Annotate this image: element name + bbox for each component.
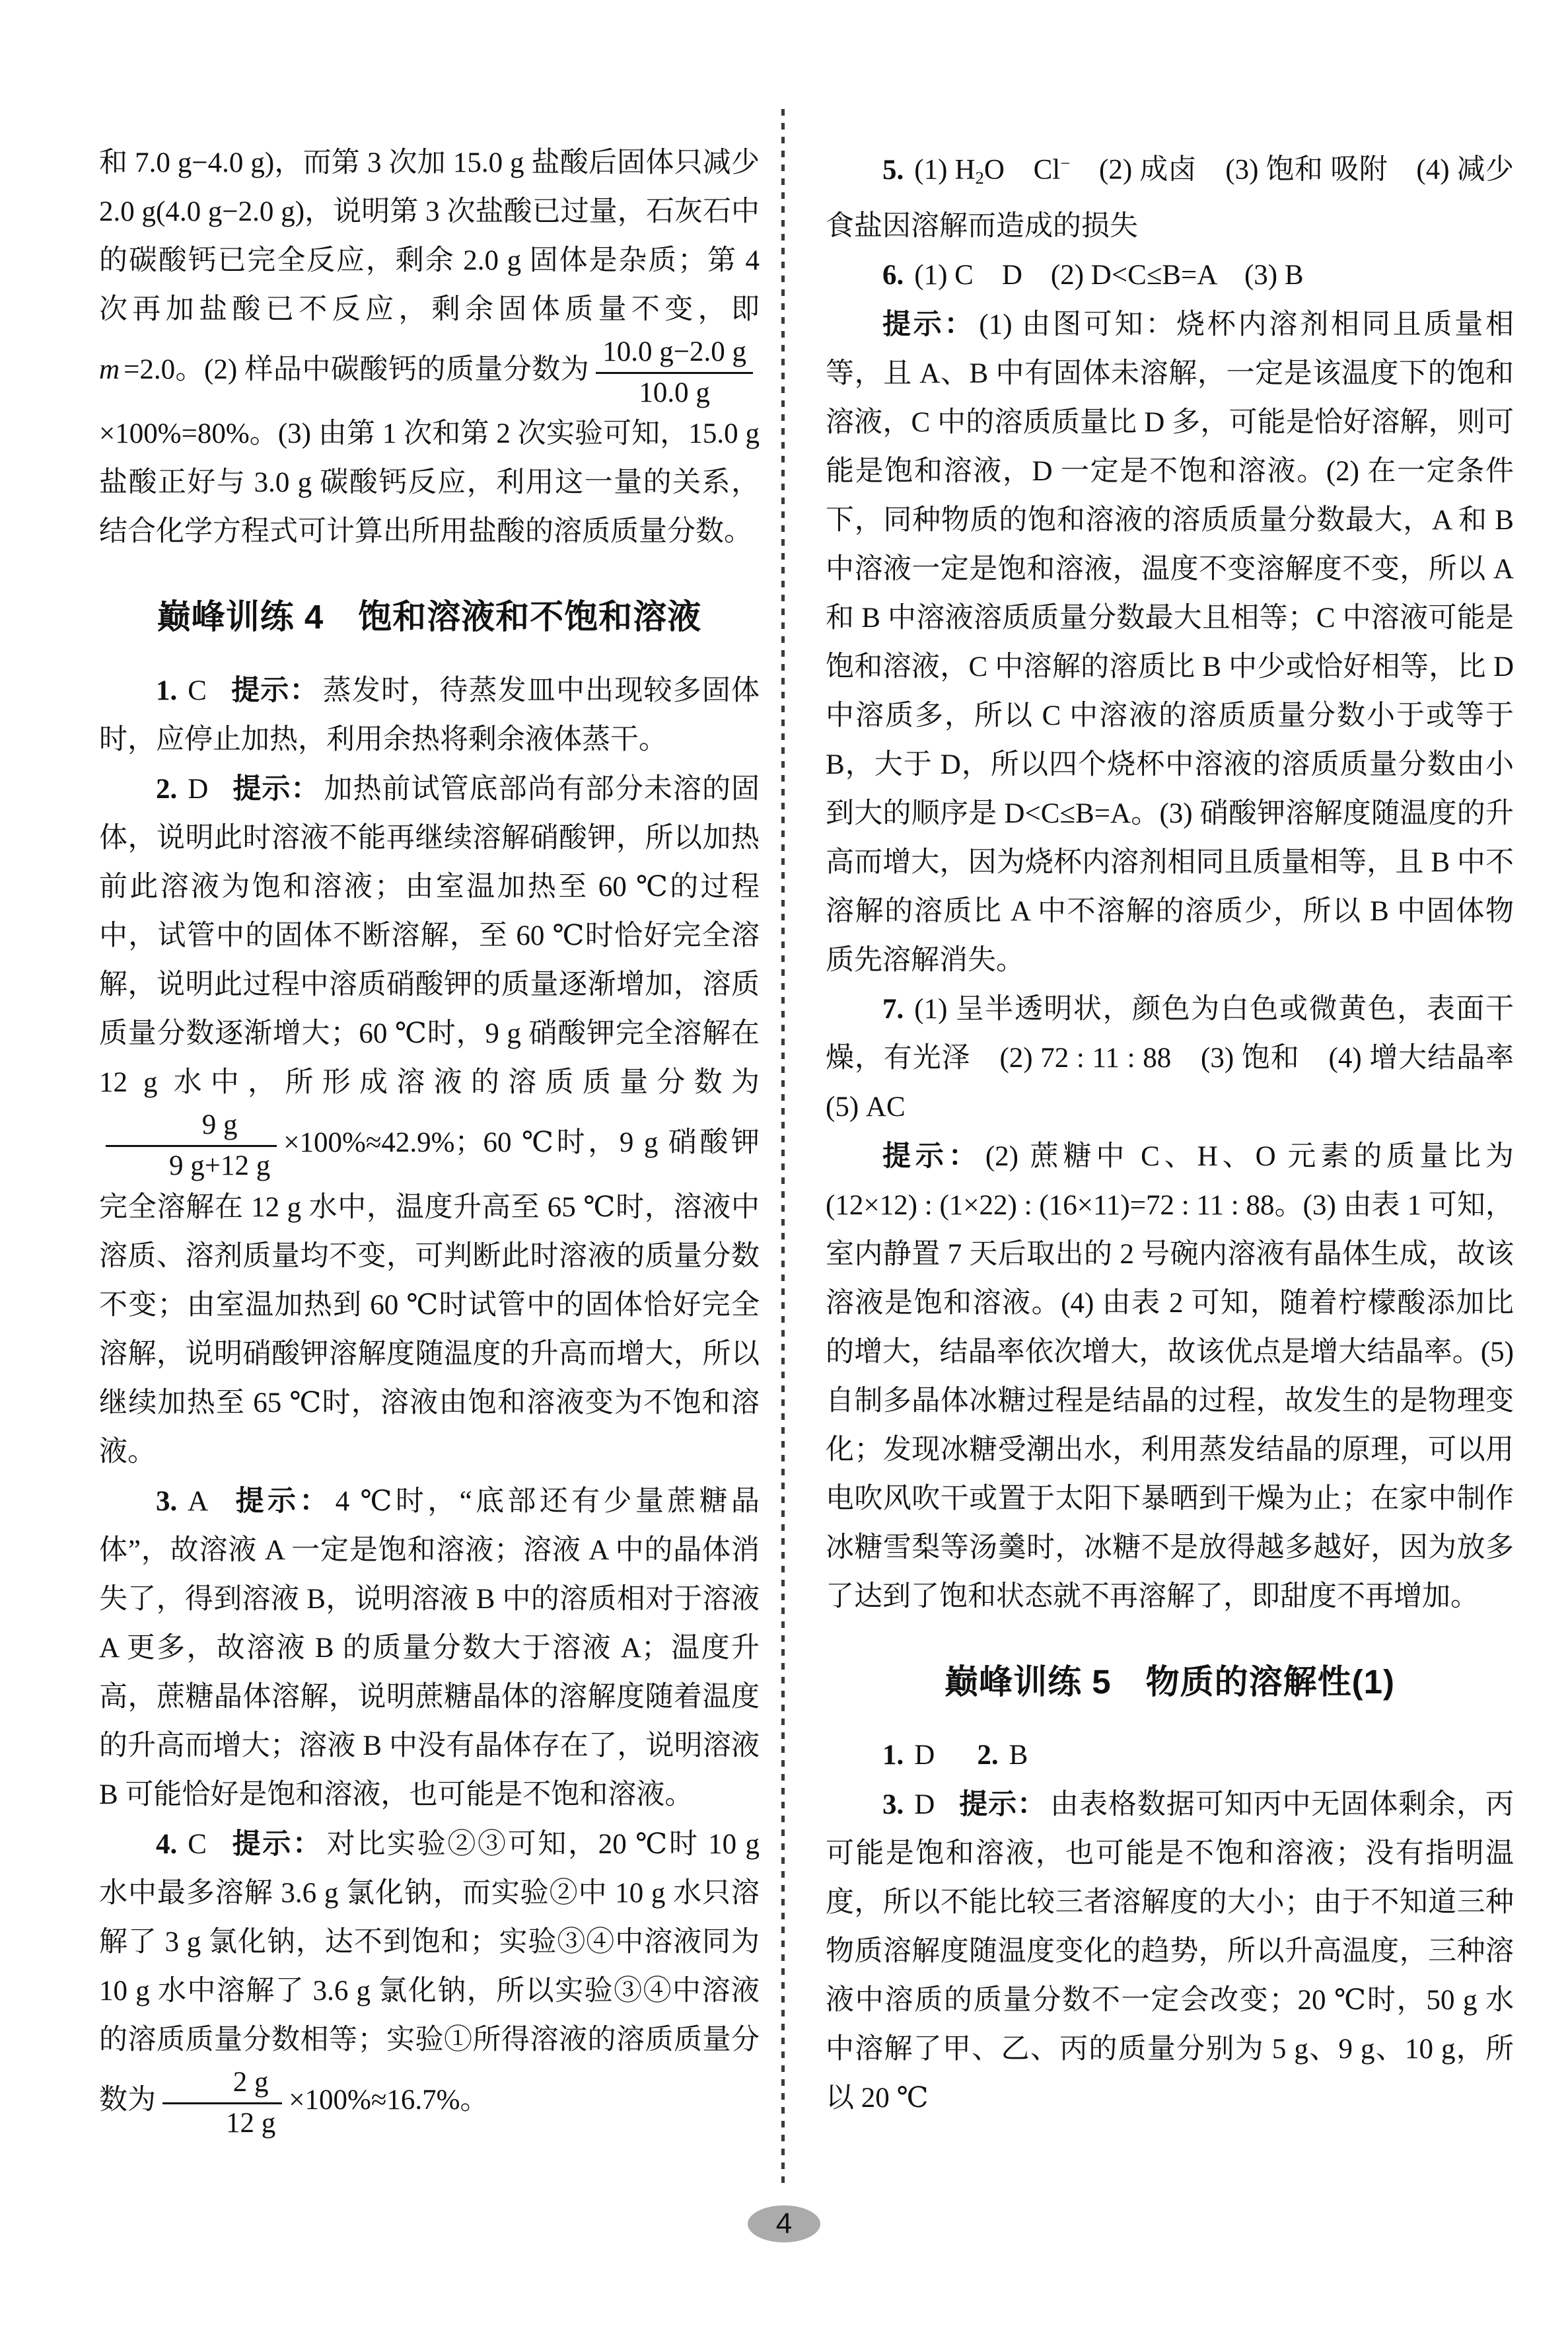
answer-text: (1) C D (2) D<C≤B=A (3) B (914, 260, 1303, 291)
item-number: 2. (977, 1740, 998, 1771)
hint-text: (1) 由图可知：烧杯内溶剂相同且质量相等，且 A、B 中有固体未溶解，一定是该… (826, 309, 1514, 976)
answer-item-5: 5.(1) H2O Cl− (2) 成卤 (3) 饱和 吸附 (4) 减少食盐因… (826, 139, 1514, 251)
item-number: 6. (882, 260, 904, 291)
column-divider-dotted-line (781, 109, 785, 2187)
answer-item-6: 6.(1) C D (2) D<C≤B=A (3) B (826, 251, 1514, 300)
section-heading-training-5: 巅峰训练 5 物质的溶解性(1) (826, 1662, 1514, 1702)
continuation-paragraph: 和 7.0 g−4.0 g)，而第 3 次加 15.0 g 盐酸后固体只减少 2… (99, 139, 760, 556)
hint-label: 提示： (232, 773, 320, 805)
item-number: 1. (882, 1740, 904, 1771)
answer-item-7: 7.(1) 呈半透明状，颜色为白色或微黄色，表面干燥，有光泽 (2) 72 : … (826, 985, 1514, 1132)
item-6-hint: 提示：(1) 由图可知：烧杯内溶剂相同且质量相等，且 A、B 中有固体未溶解，一… (826, 300, 1514, 985)
fraction: 9 g9 g+12 g (106, 1107, 277, 1183)
hint-text: (2) 蔗糖中 C、H、O 元素的质量比为(12×12) : (1×22) : … (826, 1141, 1514, 1612)
hint-text: 4 ℃时，“底部还有少量蔗糖晶体”，故溶液 A 一定是饱和溶液；溶液 A 中的晶… (99, 1486, 760, 1810)
body-text: 和 7.0 g−4.0 g)，而第 3 次加 15.0 g 盐酸后固体只减少 2… (99, 147, 760, 325)
answer-item-4: 4.C提示：对比实验②③可知，20 ℃时 10 g 水中最多溶解 3.6 g 氯… (99, 1820, 760, 2140)
answer-text: O Cl (984, 155, 1060, 186)
item-number: 7. (882, 994, 904, 1025)
subscript: 2 (976, 168, 984, 188)
page-number: 4 (776, 2199, 792, 2248)
answer-item-1: 1.C提示：蒸发时，待蒸发皿中出现较多固体时，应停止加热，利用余热将剩余液体蒸干… (99, 666, 760, 764)
hint-text: 由表格数据可知丙中无固体剩余，丙可能是饱和溶液，也可能是不饱和溶液；没有指明温度… (826, 1789, 1514, 2114)
hint-text: ×100%≈16.7%。 (289, 2085, 488, 2116)
hint-text: 加热前试管底部尚有部分未溶的固体，说明此时溶液不能再继续溶解硝酸钾，所以加热前此… (99, 774, 760, 1098)
hint-label: 提示： (231, 1828, 323, 1860)
item-number: 1. (156, 675, 177, 706)
answer-items-1-2: 1.D2.B (826, 1731, 1514, 1780)
fraction-denominator: 10.0 g (596, 374, 753, 410)
superscript: − (1060, 153, 1070, 173)
body-text: =2.0。(2) 样品中碳酸钙的质量分数为 (124, 354, 589, 385)
answer-letter: C (188, 1829, 207, 1860)
hint-label: 提示： (958, 1789, 1046, 1820)
answer-text: (1) H (914, 155, 975, 186)
hint-label: 提示： (882, 1140, 981, 1172)
item-7-hint: 提示：(2) 蔗糖中 C、H、O 元素的质量比为(12×12) : (1×22)… (826, 1132, 1514, 1621)
page-number-badge: 4 (748, 2205, 820, 2242)
workbook-answer-page: 和 7.0 g−4.0 g)，而第 3 次加 15.0 g 盐酸后固体只减少 2… (0, 0, 1568, 2325)
fraction-numerator: 2 g (162, 2065, 282, 2104)
left-column: 和 7.0 g−4.0 g)，而第 3 次加 15.0 g 盐酸后固体只减少 2… (99, 139, 760, 2140)
answer-letter: A (188, 1486, 208, 1517)
fraction-numerator: 9 g (106, 1107, 277, 1147)
item-number: 3. (882, 1789, 904, 1820)
hint-label: 提示： (231, 675, 319, 706)
fraction-numerator: 10.0 g−2.0 g (596, 334, 753, 374)
fraction-denominator: 12 g (162, 2104, 282, 2141)
hint-label: 提示： (882, 309, 975, 340)
answer-letter: D (914, 1789, 935, 1820)
fraction: 2 g12 g (162, 2065, 282, 2140)
answer-letter: D (188, 774, 208, 805)
item-number: 2. (156, 774, 177, 805)
right-column: 5.(1) H2O Cl− (2) 成卤 (3) 饱和 吸附 (4) 减少食盐因… (826, 139, 1514, 2123)
item-number: 4. (156, 1829, 177, 1860)
answer-letter: C (188, 675, 207, 706)
answer-letter: B (1009, 1740, 1028, 1771)
answer-text: (1) 呈半透明状，颜色为白色或微黄色，表面干燥，有光泽 (2) 72 : 11… (826, 994, 1542, 1123)
fraction-denominator: 9 g+12 g (106, 1147, 277, 1183)
item-number: 5. (882, 155, 904, 186)
item-number: 3. (156, 1486, 177, 1517)
variable-m: m (99, 354, 120, 385)
answer-item-3-section5: 3.D提示：由表格数据可知丙中无固体剩余，丙可能是饱和溶液，也可能是不饱和溶液；… (826, 1780, 1514, 2123)
section-heading-training-4: 巅峰训练 4 饱和溶液和不饱和溶液 (99, 597, 760, 637)
answer-item-2: 2.D提示：加热前试管底部尚有部分未溶的固体，说明此时溶液不能再继续溶解硝酸钾，… (99, 764, 760, 1476)
hint-label: 提示： (232, 1485, 331, 1517)
body-text: ×100%=80%。(3) 由第 1 次和第 2 次实验可知，15.0 g 盐酸… (99, 418, 760, 547)
fraction: 10.0 g−2.0 g10.0 g (596, 334, 753, 410)
answer-item-3: 3.A提示：4 ℃时，“底部还有少量蔗糖晶体”，故溶液 A 一定是饱和溶液；溶液… (99, 1477, 760, 1820)
answer-letter: D (914, 1740, 935, 1771)
